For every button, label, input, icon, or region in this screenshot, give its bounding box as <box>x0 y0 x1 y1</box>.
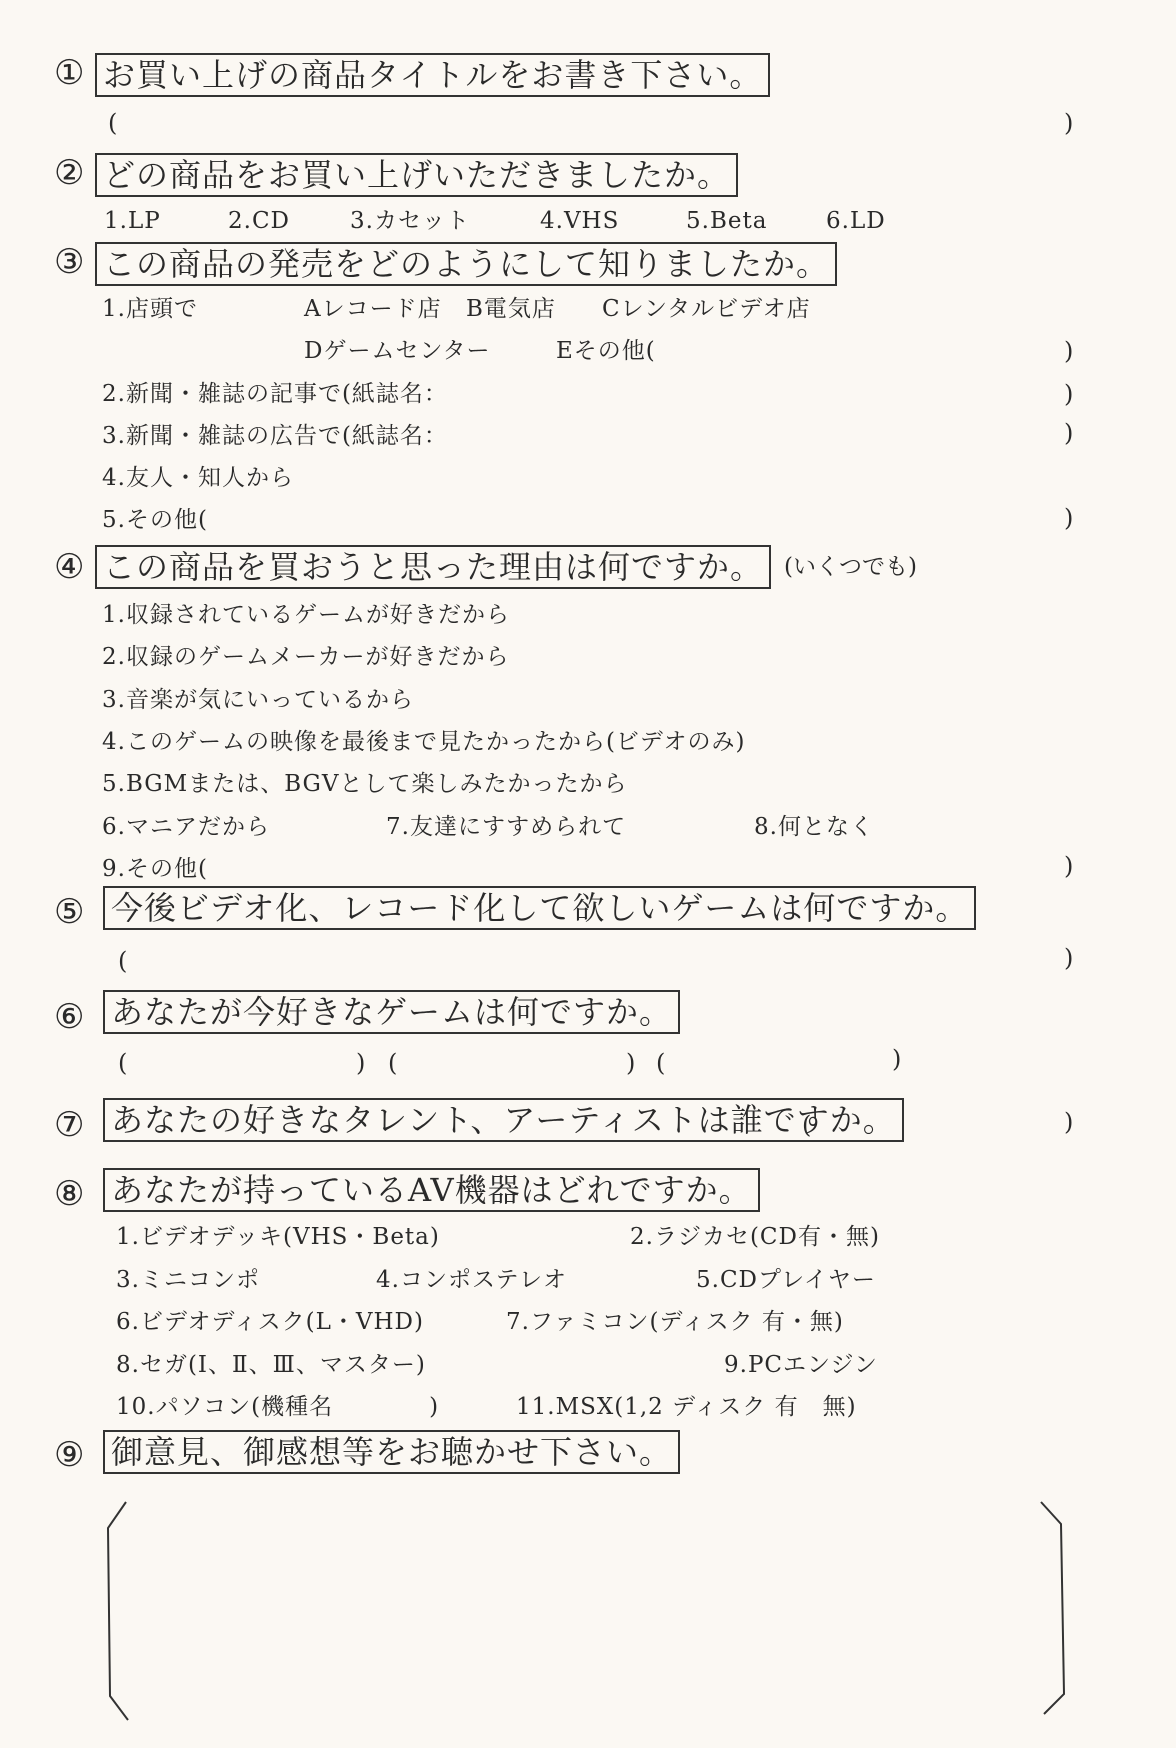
q8-option-4[interactable]: 4.コンポステレオ <box>376 1265 567 1295</box>
q2-option-lp[interactable]: 1.LP <box>104 206 161 236</box>
q3-5-close: ) <box>1064 503 1073 533</box>
question-1-label: お買い上げの商品タイトルをお書き下さい。 <box>95 53 770 97</box>
question-5-label: 今後ビデオ化、レコード化して欲しいゲームは何ですか。 <box>103 886 976 930</box>
q8-option-5[interactable]: 5.CDプレイヤー <box>696 1265 876 1295</box>
answer-field-7-close: ) <box>1064 1107 1073 1137</box>
q4-option-5[interactable]: 5.BGMまたは、BGVとして楽しみたかったから <box>102 769 628 799</box>
question-4-note: (いくつでも) <box>784 552 917 582</box>
answer-field-6c-open[interactable]: ( <box>656 1048 665 1078</box>
q4-option-8[interactable]: 8.何となく <box>754 812 874 842</box>
q3-1e-close: ) <box>1064 336 1073 366</box>
question-number-6: ⑥ <box>54 997 84 1037</box>
q8-option-3[interactable]: 3.ミニコンポ <box>116 1265 260 1295</box>
q3-option-1a[interactable]: Aレコード店 <box>304 294 442 324</box>
q2-option-cd[interactable]: 2.CD <box>228 206 290 236</box>
comments-answer-area[interactable] <box>104 1500 1070 1722</box>
question-number-2: ② <box>54 153 84 193</box>
q4-9-close: ) <box>1064 851 1073 881</box>
question-number-5: ⑤ <box>54 892 84 932</box>
question-number-9: ⑨ <box>54 1435 84 1475</box>
q4-option-3[interactable]: 3.音楽が気にいっているから <box>102 685 414 715</box>
question-number-3: ③ <box>54 242 84 282</box>
question-number-7: ⑦ <box>54 1105 84 1145</box>
q3-option-5[interactable]: 5.その他( <box>102 505 208 535</box>
question-number-1: ① <box>54 53 84 93</box>
q3-option-1c[interactable]: Cレンタルビデオ店 <box>602 294 811 324</box>
q4-option-1[interactable]: 1.収録されているゲームが好きだから <box>102 600 510 630</box>
answer-field-6a-open[interactable]: ( <box>118 1048 127 1078</box>
q8-option-7[interactable]: 7.ファミコン(ディスク 有・無) <box>506 1307 844 1337</box>
answer-field-5-open[interactable]: ( <box>118 946 127 976</box>
q2-option-beta[interactable]: 5.Beta <box>686 206 767 236</box>
question-8-label: あなたが持っているAV機器はどれですか。 <box>103 1168 760 1212</box>
q3-2-close: ) <box>1064 379 1073 409</box>
question-number-8: ⑧ <box>54 1174 84 1214</box>
q4-option-6[interactable]: 6.マニアだから <box>102 812 270 842</box>
q8-option-1[interactable]: 1.ビデオデッキ(VHS・Beta) <box>116 1222 440 1252</box>
question-number-4: ④ <box>54 547 84 587</box>
q4-option-2[interactable]: 2.収録のゲームメーカーが好きだから <box>102 642 509 672</box>
q8-option-11[interactable]: 11.MSX(1,2 ディスク 有 無) <box>516 1392 857 1422</box>
q2-option-ld[interactable]: 6.LD <box>826 206 886 236</box>
question-3-label: この商品の発売をどのようにして知りましたか。 <box>95 242 837 286</box>
q2-option-cassette[interactable]: 3.カセット <box>350 206 470 236</box>
answer-field-1-open[interactable]: ( <box>108 108 117 138</box>
q3-option-1[interactable]: 1.店頭で <box>102 294 198 324</box>
q8-option-2[interactable]: 2.ラジカセ(CD有・無) <box>630 1222 880 1252</box>
question-6-label: あなたが今好きなゲームは何ですか。 <box>103 990 680 1034</box>
q3-option-2[interactable]: 2.新聞・雑誌の記事で(紙誌名： <box>102 379 448 409</box>
q4-option-9[interactable]: 9.その他( <box>102 854 208 884</box>
q3-option-1b[interactable]: B電気店 <box>466 294 556 324</box>
answer-field-6a-close: ) <box>356 1048 365 1078</box>
q3-option-4[interactable]: 4.友人・知人から <box>102 463 294 493</box>
answer-field-1-close: ) <box>1064 108 1073 138</box>
answer-field-6c-close: ) <box>892 1044 901 1074</box>
large-bracket-icon <box>104 1500 1070 1722</box>
q3-option-1e[interactable]: Eその他( <box>556 336 656 366</box>
q8-option-6[interactable]: 6.ビデオディスク(L・VHD) <box>116 1307 424 1337</box>
q3-3-close: ) <box>1064 418 1073 448</box>
answer-field-5-close: ) <box>1064 943 1073 973</box>
answer-field-6b-close: ) <box>626 1048 635 1078</box>
answer-field-6b-open[interactable]: ( <box>388 1048 397 1078</box>
q3-option-1d[interactable]: Dゲームセンター <box>304 336 491 366</box>
question-4-label: この商品を買おうと思った理由は何ですか。 <box>95 545 771 589</box>
q8-option-8[interactable]: 8.セガ(Ⅰ、Ⅱ、Ⅲ、マスター) <box>116 1350 426 1380</box>
question-2-label: どの商品をお買い上げいただきましたか。 <box>95 153 738 197</box>
question-7-label: あなたの好きなタレント、アーティストは誰ですか。 <box>103 1098 904 1142</box>
q8-option-10[interactable]: 10.パソコン(機種名 ) <box>116 1392 439 1422</box>
question-9-label: 御意見、御感想等をお聴かせ下さい。 <box>103 1430 680 1474</box>
q2-option-vhs[interactable]: 4.VHS <box>540 206 619 236</box>
answer-field-7-open[interactable]: ( <box>802 1110 811 1140</box>
q4-option-7[interactable]: 7.友達にすすめられて <box>386 812 626 842</box>
q8-option-9[interactable]: 9.PCエンジン <box>724 1350 878 1380</box>
q3-option-3[interactable]: 3.新聞・雑誌の広告で(紙誌名： <box>102 421 448 451</box>
q4-option-4[interactable]: 4.このゲームの映像を最後まで見たかったから(ビデオのみ) <box>102 727 745 757</box>
